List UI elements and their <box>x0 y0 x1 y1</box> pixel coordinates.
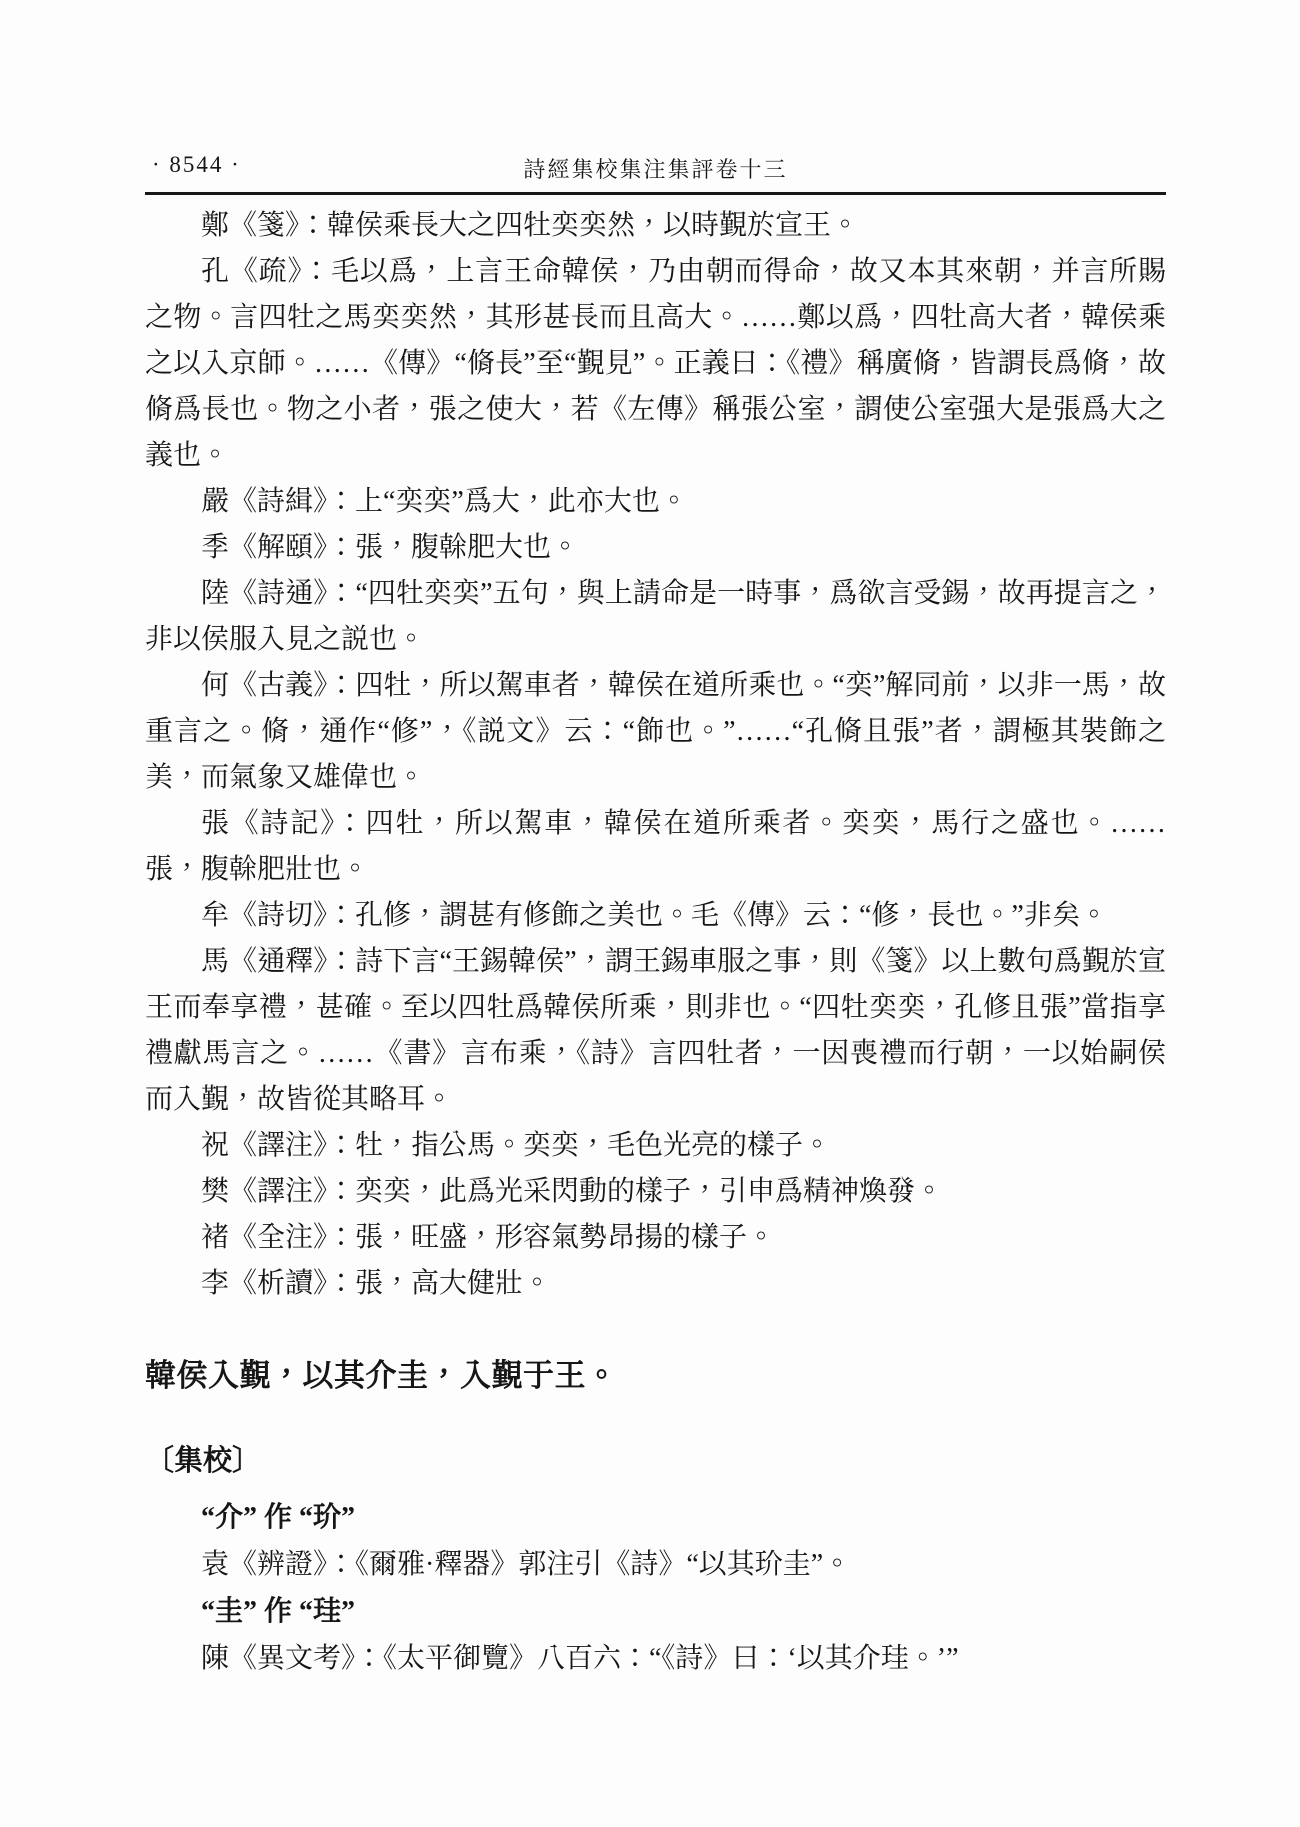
commentary-paragraph-chu-quanzhu: 褚《全注》：張，旺盛，形容氣勢昂揚的樣子。 <box>145 1215 1166 1261</box>
collation-entry-chen: 陳《異文考》：《太平御覽》八百六：“《詩》曰：‘以其介珪。’” <box>145 1635 1166 1682</box>
collation-variant-label: “圭” 作 “珪” <box>145 1588 1166 1635</box>
header-divider <box>145 192 1166 195</box>
commentary-paragraph-lu-shitong: 陸《詩通》：“四牡奕奕”五句，與上請命是一時事，爲欲言受錫，故再提言之，非以侯服… <box>145 571 1166 663</box>
commentary-paragraph-zhu-yizhu: 祝《譯注》：牡，指公馬。奕奕，毛色光亮的樣子。 <box>145 1123 1166 1169</box>
commentary-paragraph-ma-tongshi: 馬《通釋》：詩下言“王錫韓侯”，謂王錫車服之事，則《箋》以上數句爲覲於宣王而奉享… <box>145 939 1166 1123</box>
commentary-paragraph-zhang-shiji: 張《詩記》：四牡，所以駕車，韓侯在道所乘者。奕奕，馬行之盛也。……張，腹榦肥壯也… <box>145 801 1166 893</box>
verse-heading: 韓侯入覲，以其介圭，入覲于王。 <box>145 1355 1166 1397</box>
collation-block: “介” 作 “玠” 袁《辨證》：《爾雅·釋器》郭注引《詩》“以其玠圭”。 “圭”… <box>145 1494 1166 1682</box>
page-body: 鄭《箋》：韓侯乘長大之四牡奕奕然，以時覲於宣王。 孔《疏》：毛以爲，上言王命韓侯… <box>145 203 1166 1682</box>
collation-variant-label: “介” 作 “玠” <box>145 1494 1166 1541</box>
commentary-paragraph-ji-jieyi: 季《解頤》：張，腹榦肥大也。 <box>145 525 1166 571</box>
commentary-paragraph-mou-shiqie: 牟《詩切》：孔修，謂甚有修飾之美也。毛《傳》云：“修，長也。”非矣。 <box>145 893 1166 939</box>
commentary-paragraph-zheng-jian: 鄭《箋》：韓侯乘長大之四牡奕奕然，以時覲於宣王。 <box>145 203 1166 249</box>
commentary-paragraph-kong-shu: 孔《疏》：毛以爲，上言王命韓侯，乃由朝而得命，故又本其來朝，并言所賜之物。言四牡… <box>145 249 1166 479</box>
scanned-book-page: · 8544 · 詩經集校集注集評卷十三 鄭《箋》：韓侯乘長大之四牡奕奕然，以時… <box>0 0 1300 1827</box>
commentary-paragraph-he-guyi: 何《古義》：四牡，所以駕車者，韓侯在道所乘也。“奕”解同前，以非一馬，故重言之。… <box>145 663 1166 801</box>
commentary-paragraph-li-xidu: 李《析讀》：張，高大健壯。 <box>145 1261 1166 1307</box>
commentary-paragraph-yan-shiji: 嚴《詩緝》：上“奕奕”爲大，此亦大也。 <box>145 479 1166 525</box>
section-marker-collation: 〔集校〕 <box>145 1441 1166 1481</box>
commentary-paragraph-fan-yizhu: 樊《譯注》：奕奕，此爲光采閃動的樣子，引申爲精神煥發。 <box>145 1169 1166 1215</box>
collation-entry-yuan: 袁《辨證》：《爾雅·釋器》郭注引《詩》“以其玠圭”。 <box>145 1541 1166 1588</box>
running-title: 詩經集校集注集評卷十三 <box>145 153 1166 184</box>
